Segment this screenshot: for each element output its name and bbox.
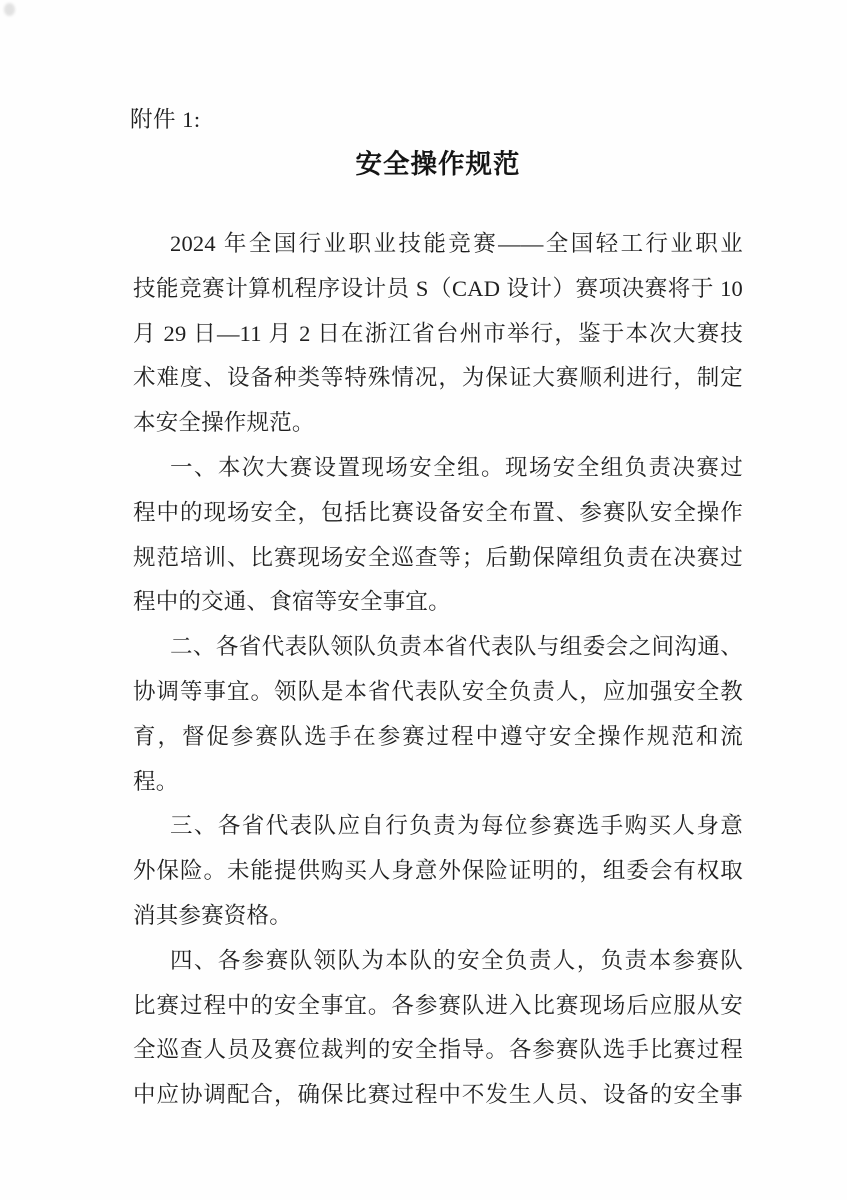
scan-artifact-mark: [4, 3, 15, 16]
attachment-label: 附件 1:: [130, 106, 201, 134]
text-line: 协调等事宜。领队是本省代表队安全负责人，应加强安全教: [133, 670, 743, 715]
document-page: 附件 1: 安全操作规范 2024 年全国行业职业技能竞赛——全国轻工行业职业技…: [0, 0, 847, 1200]
paragraph: 二、各省代表队领队负责本省代表队与组委会之间沟通、协调等事宜。领队是本省代表队安…: [133, 625, 743, 804]
text-line: 规范培训、比赛现场安全巡查等；后勤保障组负责在决赛过: [133, 536, 743, 581]
text-line: 全巡查人员及赛位裁判的安全指导。各参赛队选手比赛过程: [133, 1028, 743, 1073]
paragraph: 一、本次大赛设置现场安全组。现场安全组负责决赛过程中的现场安全，包括比赛设备安全…: [133, 446, 743, 625]
text-line: 四、各参赛队领队为本队的安全负责人，负责本参赛队: [133, 939, 743, 984]
text-line: 程中的现场安全，包括比赛设备安全布置、参赛队安全操作: [133, 491, 743, 536]
text-line: 技能竞赛计算机程序设计员 S（CAD 设计）赛项决赛将于 10: [133, 267, 743, 312]
document-body: 2024 年全国行业职业技能竞赛——全国轻工行业职业技能竞赛计算机程序设计员 S…: [133, 222, 743, 1118]
document-title: 安全操作规范: [133, 148, 743, 180]
text-line: 程中的交通、食宿等安全事宜。: [133, 580, 743, 625]
text-line: 2024 年全国行业职业技能竞赛——全国轻工行业职业: [133, 222, 743, 267]
text-line: 一、本次大赛设置现场安全组。现场安全组负责决赛过: [133, 446, 743, 491]
text-line: 月 29 日—11 月 2 日在浙江省台州市举行，鉴于本次大赛技: [133, 312, 743, 357]
text-line: 三、各省代表队应自行负责为每位参赛选手购买人身意: [133, 804, 743, 849]
text-line: 本安全操作规范。: [133, 401, 743, 446]
paragraph: 四、各参赛队领队为本队的安全负责人，负责本参赛队比赛过程中的安全事宜。各参赛队进…: [133, 939, 743, 1118]
text-line: 消其参赛资格。: [133, 894, 743, 939]
paragraph: 2024 年全国行业职业技能竞赛——全国轻工行业职业技能竞赛计算机程序设计员 S…: [133, 222, 743, 446]
text-line: 比赛过程中的安全事宜。各参赛队进入比赛现场后应服从安: [133, 984, 743, 1029]
paragraph: 三、各省代表队应自行负责为每位参赛选手购买人身意外保险。未能提供购买人身意外保险…: [133, 804, 743, 938]
text-line: 中应协调配合，确保比赛过程中不发生人员、设备的安全事: [133, 1073, 743, 1118]
text-line: 术难度、设备种类等特殊情况，为保证大赛顺利进行，制定: [133, 356, 743, 401]
text-line: 二、各省代表队领队负责本省代表队与组委会之间沟通、: [133, 625, 743, 670]
text-line: 育，督促参赛队选手在参赛过程中遵守安全操作规范和流程。: [133, 715, 743, 805]
text-line: 外保险。未能提供购买人身意外保险证明的，组委会有权取: [133, 849, 743, 894]
